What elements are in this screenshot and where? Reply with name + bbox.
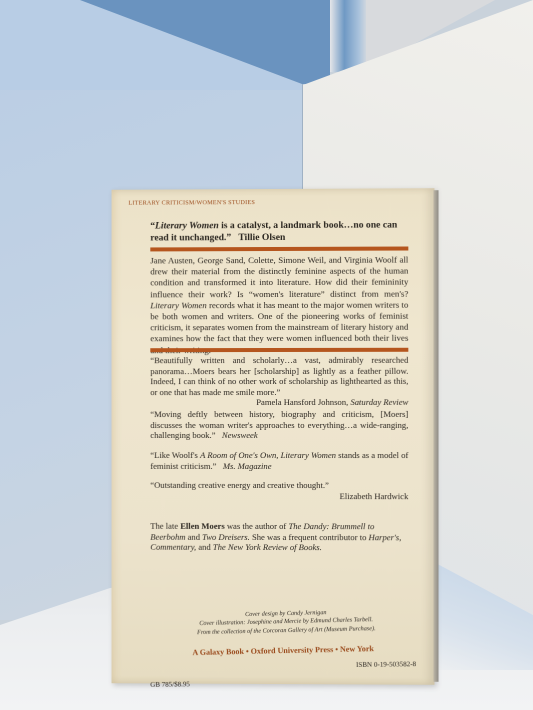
lead-quote-author: Tillie Olsen — [238, 232, 285, 243]
isbn: ISBN 0-19-503582-8 — [356, 660, 416, 669]
review-attribution: Elizabeth Hardwick — [150, 490, 408, 501]
review-saturday-review: “Beautifully written and scholarly…a vas… — [150, 355, 408, 408]
review-ms-magazine: “Like Woolf's A Room of One's Own, Liter… — [150, 450, 408, 471]
review-newsweek: “Moving deftly between history, biograph… — [150, 409, 408, 441]
corner-pillar — [330, 0, 366, 72]
category-label: Literary Criticism/Women's Studies — [128, 199, 255, 207]
orange-rule-middle — [150, 348, 408, 352]
author-name: Ellen Moers — [180, 521, 225, 531]
review-attribution: Pamela Hansford Johnson, Saturday Review — [150, 397, 408, 408]
price-code: GB 785/$8.95 — [150, 680, 190, 688]
description-blurb: Jane Austen, George Sand, Colette, Simon… — [150, 255, 408, 356]
lead-quote: “Literary Women is a catalyst, a landmar… — [150, 219, 408, 244]
review-hardwick: “Outstanding creative energy and creativ… — [150, 480, 408, 501]
lead-quote-title: Literary Women — [155, 220, 219, 231]
review-attribution: Ms. Magazine — [223, 461, 272, 471]
orange-rule-top — [150, 247, 408, 252]
book-spine-edge — [433, 190, 438, 682]
publisher-line: A Galaxy Book • Oxford University Press … — [173, 644, 393, 658]
about-author: The late Ellen Moers was the author of T… — [150, 521, 408, 553]
book-back-cover: Literary Criticism/Women's Studies “Lite… — [112, 188, 435, 685]
review-attribution: Newsweek — [222, 430, 258, 440]
cover-credits: Cover design by Candy Jernigan Cover ill… — [181, 608, 392, 638]
